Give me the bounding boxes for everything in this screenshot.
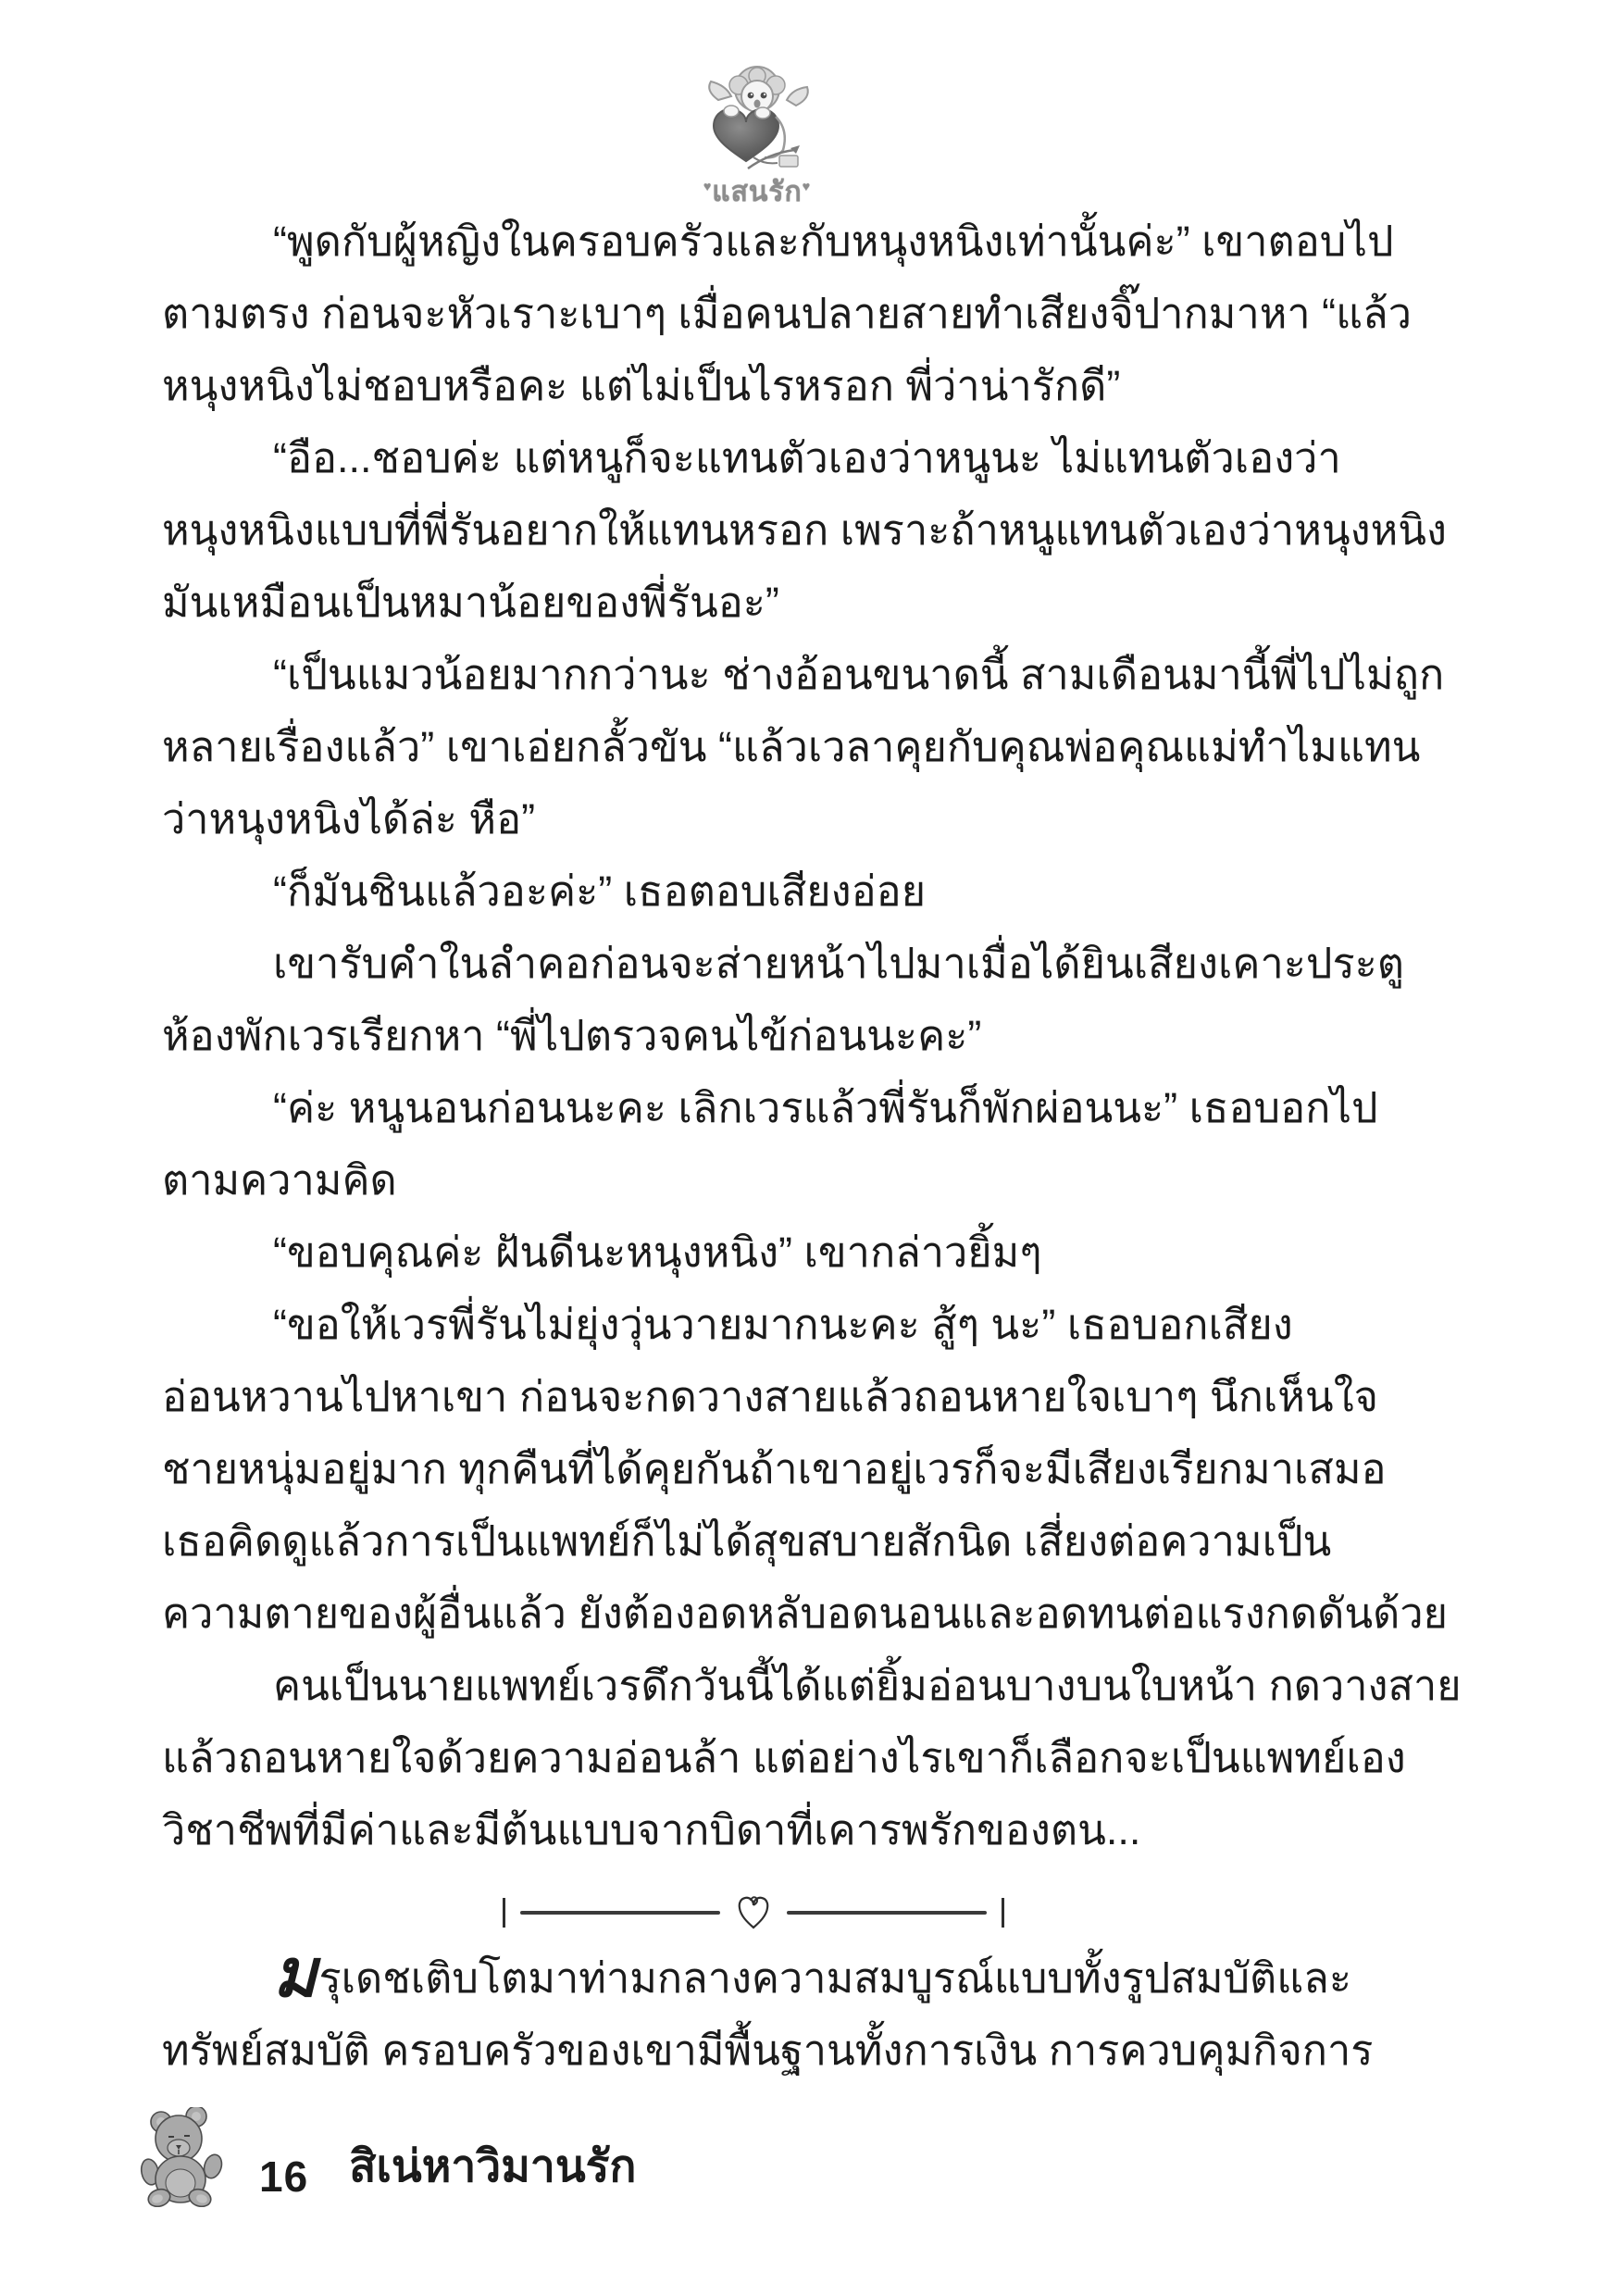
divider-end-tick (503, 1898, 505, 1928)
paragraph: มรุเดชเติบโตมาท่ามกลางความสมบูรณ์แบบทั้ง… (162, 1942, 1347, 2087)
paragraph: “ขอบคุณค่ะ ฝันดีนะหนุงหนิง” เขากล่าวยิ้ม… (162, 1217, 1347, 1289)
scene-divider (503, 1885, 1004, 1940)
text-line: “ค่ะ หนูนอนก่อนนะคะ เลิกเวรแล้วพี่รันก็พ… (162, 1072, 1347, 1144)
text-line: “ขอบคุณค่ะ ฝันดีนะหนุงหนิง” เขากล่าวยิ้ม… (162, 1217, 1347, 1289)
paragraph: “ค่ะ หนูนอนก่อนนะคะ เลิกเวรแล้วพี่รันก็พ… (162, 1072, 1347, 1217)
cupid-heart-icon (687, 65, 828, 174)
mini-heart-icon: ♥ (803, 179, 811, 193)
text-line: ชายหนุ่มอยู่มาก ทุกคืนที่ได้คุยกันถ้าเขา… (162, 1433, 1347, 1505)
paragraph: “ก็มันชินแล้วอะค่ะ” เธอตอบเสียงอ่อย (162, 855, 1347, 928)
book-title-footer: สิเน่หาวิมานรัก (349, 2131, 636, 2202)
publisher-logo: ♥แสนรัก♥ (687, 65, 828, 214)
text-line: มันเหมือนเป็นหมาน้อยของพี่รันอะ” (162, 567, 1347, 639)
text-line: หลายเรื่องแล้ว” เขาเอ่ยกลั้วขัน “แล้วเวล… (162, 711, 1347, 783)
section-text: มรุเดชเติบโตมาท่ามกลางความสมบูรณ์แบบทั้ง… (162, 1942, 1347, 2087)
text-line: “อือ...ชอบค่ะ แต่หนูก็จะแทนตัวเองว่าหนูน… (162, 422, 1347, 494)
text-line: “พูดกับผู้หญิงในครอบครัวและกับหนุงหนิงเท… (162, 206, 1347, 278)
mini-heart-icon: ♥ (703, 179, 712, 193)
paragraph: “อือ...ชอบค่ะ แต่หนูก็จะแทนตัวเองว่าหนูน… (162, 422, 1347, 639)
divider-line (787, 1911, 987, 1915)
page-number: 16 (259, 2152, 308, 2202)
text-line: “ก็มันชินแล้วอะค่ะ” เธอตอบเสียงอ่อย (162, 855, 1347, 928)
text-line: วิชาชีพที่มีค่าและมีต้นแบบจากบิดาที่เคาร… (162, 1794, 1347, 1866)
text-line: คนเป็นนายแพทย์เวรดึกวันนี้ได้แต่ยิ้มอ่อน… (162, 1650, 1347, 1722)
paragraph: “ขอให้เวรพี่รันไม่ยุ่งวุ่นวายมากนะคะ สู้… (162, 1289, 1347, 1650)
teddy-bear-icon (139, 2107, 228, 2207)
text-line: ว่าหนุงหนิงได้ล่ะ หือ” (162, 783, 1347, 855)
text-line: เธอคิดดูแล้วการเป็นแพทย์ก็ไม่ได้สุขสบายส… (162, 1505, 1347, 1578)
text-line: อ่อนหวานไปหาเขา ก่อนจะกดวางสายแล้วถอนหาย… (162, 1361, 1347, 1433)
book-page: ♥แสนรัก♥ “พูดกับผู้หญิงในครอบครัวและกับห… (0, 0, 1618, 2296)
text-line: “เป็นแมวน้อยมากกว่านะ ช่างอ้อนขนาดนี้ สา… (162, 639, 1347, 711)
text-line: แล้วถอนหายใจด้วยความอ่อนล้า แต่อย่างไรเข… (162, 1722, 1347, 1794)
body-text: “พูดกับผู้หญิงในครอบครัวและกับหนุงหนิงเท… (162, 206, 1347, 1866)
heart-divider-icon (735, 1894, 772, 1931)
text-line: หนุงหนิงแบบที่พี่รันอยากให้แทนหรอก เพราะ… (162, 494, 1347, 567)
paragraph: เขารับคำในลำคอก่อนจะส่ายหน้าไปมาเมื่อได้… (162, 928, 1347, 1072)
text-line: หนุงหนิงไม่ชอบหรือคะ แต่ไม่เป็นไรหรอก พี… (162, 350, 1347, 422)
page-footer: 16 สิเน่หาวิมานรัก (139, 2103, 636, 2207)
text-line: ทรัพย์สมบัติ ครอบครัวของเขามีพื้นฐานทั้ง… (162, 2015, 1347, 2087)
text-line: มรุเดชเติบโตมาท่ามกลางความสมบูรณ์แบบทั้ง… (162, 1942, 1347, 2015)
text-line: ตามความคิด (162, 1144, 1347, 1217)
text-line: “ขอให้เวรพี่รันไม่ยุ่งวุ่นวายมากนะคะ สู้… (162, 1289, 1347, 1361)
paragraph: “เป็นแมวน้อยมากกว่านะ ช่างอ้อนขนาดนี้ สา… (162, 639, 1347, 855)
divider-line (520, 1911, 720, 1915)
text-line: เขารับคำในลำคอก่อนจะส่ายหน้าไปมาเมื่อได้… (162, 928, 1347, 1000)
text-line: ตามตรง ก่อนจะหัวเราะเบาๆ เมื่อคนปลายสายท… (162, 278, 1347, 350)
text-line: ห้องพักเวรเรียกหา “พี่ไปตรวจคนไข้ก่อนนะค… (162, 1000, 1347, 1072)
paragraph: คนเป็นนายแพทย์เวรดึกวันนี้ได้แต่ยิ้มอ่อน… (162, 1650, 1347, 1866)
divider-end-tick (1002, 1898, 1004, 1928)
text-line: ความตายของผู้อื่นแล้ว ยังต้องอดหลับอดนอน… (162, 1578, 1347, 1650)
lead-letter: ม (273, 1955, 318, 1992)
paragraph: “พูดกับผู้หญิงในครอบครัวและกับหนุงหนิงเท… (162, 206, 1347, 422)
